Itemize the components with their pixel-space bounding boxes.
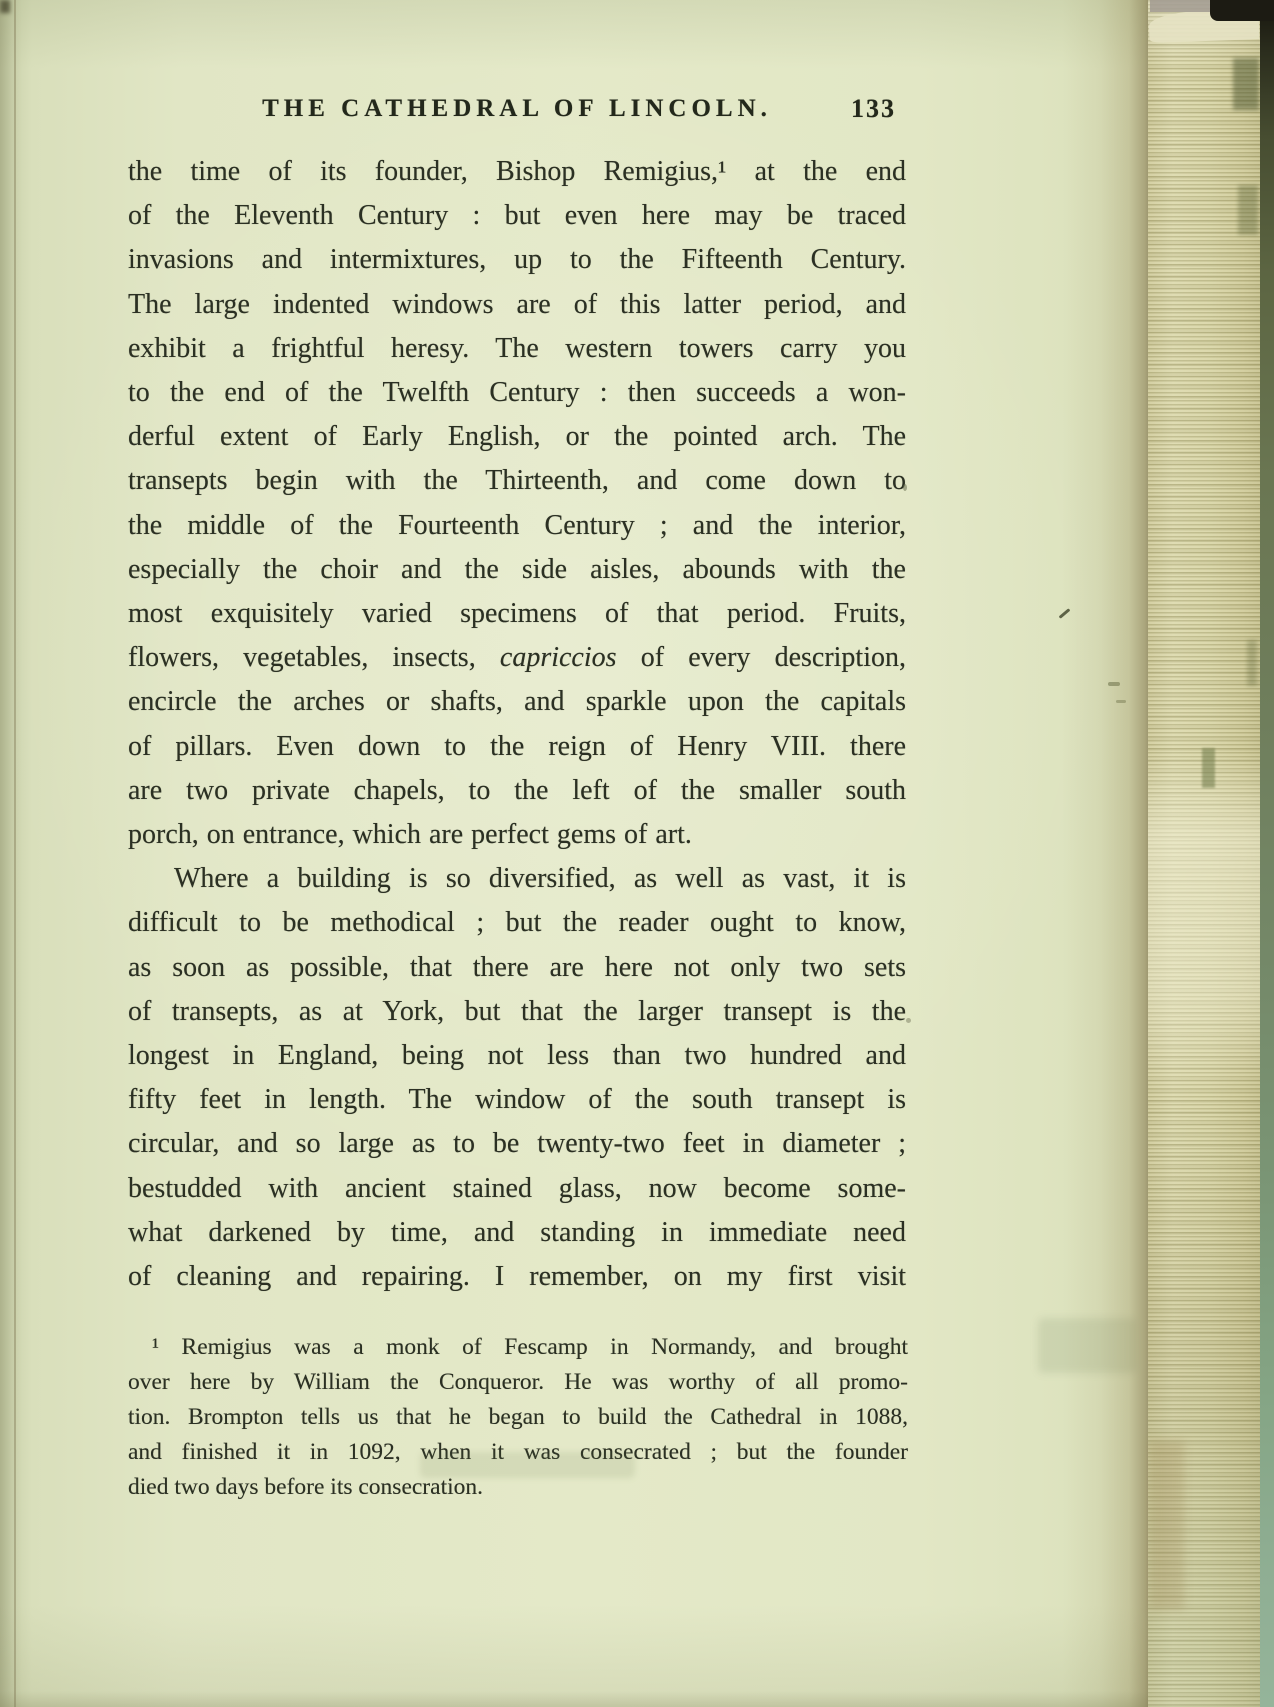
text-line: tion. Brompton tells us that he began to… xyxy=(128,1400,908,1435)
text-line: especially the choir and the side aisles… xyxy=(128,548,906,592)
text-line: derful extent of Early English, or the p… xyxy=(128,415,906,459)
text-line: of transepts, as at York, but that the l… xyxy=(128,990,906,1034)
text-line: flowers, vegetables, insects, capriccios… xyxy=(128,636,906,680)
text-line: as soon as possible, that there are here… xyxy=(128,946,906,990)
showthrough-text-ghost xyxy=(420,1452,635,1478)
text-line: what darkened by time, and standing in i… xyxy=(128,1211,906,1255)
text-line: transepts begin with the Thirteenth, and… xyxy=(128,459,906,503)
ink-speck xyxy=(906,1018,911,1023)
fore-edge-smudge xyxy=(1238,185,1258,235)
page-curve-shadow xyxy=(1062,0,1148,1707)
left-page-edge xyxy=(0,0,22,1707)
background-sliver xyxy=(1150,0,1214,12)
page-header: THE CATHEDRAL OF LINCOLN. 133 xyxy=(128,92,906,126)
page-number: 133 xyxy=(851,92,896,126)
text-line: The large indented windows are of this l… xyxy=(128,283,906,327)
text-line: Where a building is so diversified, as w… xyxy=(128,857,906,901)
text-line: to the end of the Twelfth Century : then… xyxy=(128,371,906,415)
footnote: ¹ Remigius was a monk of Fescamp in Norm… xyxy=(128,1330,908,1505)
bottom-edge-shadow xyxy=(0,1691,1148,1707)
scan-corner-shadow xyxy=(0,0,10,13)
text-line: difficult to be methodical ; but the rea… xyxy=(128,901,906,945)
text-line: the time of its founder, Bishop Remigius… xyxy=(128,150,906,194)
book-page-scan: THE CATHEDRAL OF LINCOLN. 133 the time o… xyxy=(0,0,1274,1707)
fore-edge-smudge xyxy=(1150,1440,1184,1610)
text-line: encircle the arches or shafts, and spark… xyxy=(128,680,906,724)
left-page-edge-line xyxy=(14,0,16,1707)
text-line: are two private chapels, to the left of … xyxy=(128,769,906,813)
paragraph: Where a building is so diversified, as w… xyxy=(128,857,906,1299)
text-line: ¹ Remigius was a monk of Fescamp in Norm… xyxy=(128,1330,908,1365)
book-edge-right-strip xyxy=(1260,0,1274,1707)
text-line: the middle of the Fourteenth Century ; a… xyxy=(128,504,906,548)
dark-corner-top-right xyxy=(1210,0,1274,21)
text-line: invasions and intermixtures, up to the F… xyxy=(128,238,906,282)
text-line: over here by William the Conqueror. He w… xyxy=(128,1365,908,1400)
text-line: of cleaning and repairing. I remember, o… xyxy=(128,1255,906,1299)
text-line: fifty feet in length. The window of the … xyxy=(128,1078,906,1122)
text-line: of pillars. Even down to the reign of He… xyxy=(128,725,906,769)
fore-edge-smudge xyxy=(1202,748,1215,788)
text-line: circular, and so large as to be twenty-t… xyxy=(128,1122,906,1166)
fore-edge-smudge xyxy=(1233,58,1259,110)
paragraph: the time of its founder, Bishop Remigius… xyxy=(128,150,906,857)
text-line: exhibit a frightful heresy. The western … xyxy=(128,327,906,371)
text-line: of the Eleventh Century : but even here … xyxy=(128,194,906,238)
fore-edge-smudge xyxy=(1247,640,1257,686)
text-line: porch, on entrance, which are perfect ge… xyxy=(128,813,906,857)
body-text: the time of its founder, Bishop Remigius… xyxy=(128,150,906,1299)
text-line: bestudded with ancient stained glass, no… xyxy=(128,1167,906,1211)
running-title: THE CATHEDRAL OF LINCOLN. xyxy=(262,92,772,126)
text-line: most exquisitely varied specimens of tha… xyxy=(128,592,906,636)
ink-speck xyxy=(903,484,907,491)
text-line: longest in England, being not less than … xyxy=(128,1034,906,1078)
